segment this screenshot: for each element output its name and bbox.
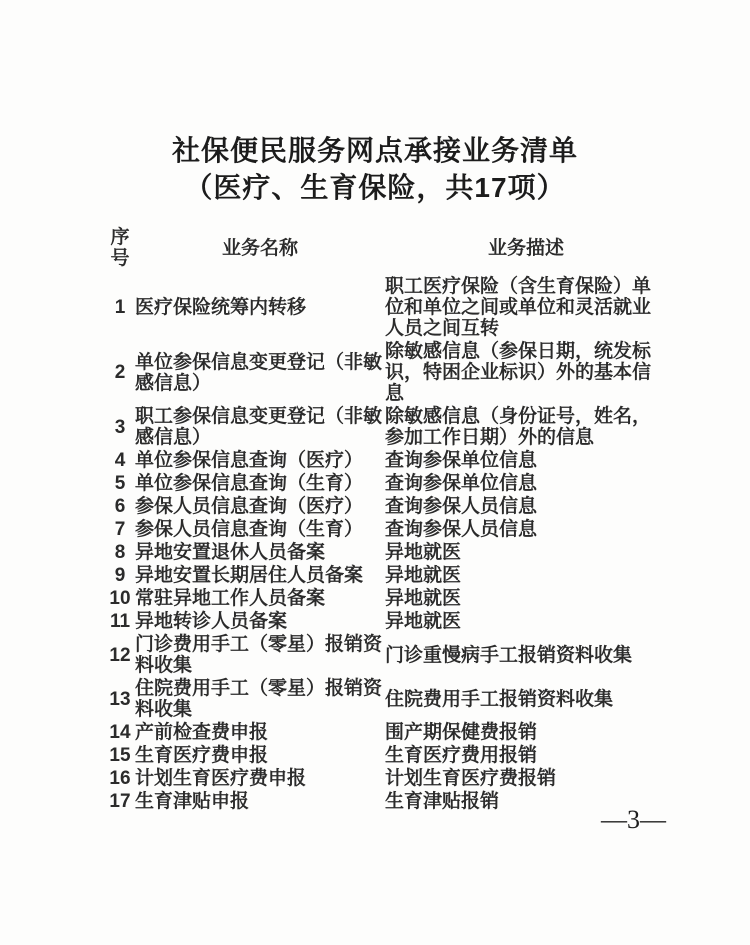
cell-desc: 查询参保单位信息 [385,472,667,495]
table-row: 10 常驻异地工作人员备案 异地就医 [105,587,667,610]
cell-desc: 除敏感信息（身份证号，姓名，参加工作日期）外的信息 [385,405,667,449]
cell-no: 1 [105,275,135,340]
cell-no: 4 [105,449,135,472]
cell-name: 异地转诊人员备案 [135,610,385,633]
table-row: 6 参保人员信息查询（医疗） 查询参保人员信息 [105,495,667,518]
table-row: 16 计划生育医疗费申报 计划生育医疗费报销 [105,767,667,790]
cell-no: 3 [105,405,135,449]
cell-no: 16 [105,767,135,790]
table-row: 11 异地转诊人员备案 异地就医 [105,610,667,633]
cell-desc: 异地就医 [385,610,667,633]
document-page: 社保便民服务网点承接业务清单 （医疗、生育保险，共17项） 序号 业务名称 业务… [0,0,750,945]
cell-no: 10 [105,587,135,610]
cell-no: 9 [105,564,135,587]
header-no: 序号 [105,227,135,275]
cell-name: 计划生育医疗费申报 [135,767,385,790]
table-header-row: 序号 业务名称 业务描述 [105,227,667,275]
table-row: 15 生育医疗费申报 生育医疗费用报销 [105,744,667,767]
cell-no: 15 [105,744,135,767]
table-row: 8 异地安置退休人员备案 异地就医 [105,541,667,564]
cell-no: 2 [105,340,135,405]
cell-no: 7 [105,518,135,541]
cell-name: 常驻异地工作人员备案 [135,587,385,610]
title-line-1: 社保便民服务网点承接业务清单 [0,133,750,169]
table-row: 3 职工参保信息变更登记（非敏感信息） 除敏感信息（身份证号，姓名，参加工作日期… [105,405,667,449]
cell-no: 14 [105,721,135,744]
table-row: 2 单位参保信息变更登记（非敏感信息） 除敏感信息（参保日期，统发标识，特困企业… [105,340,667,405]
cell-desc: 异地就医 [385,564,667,587]
cell-name: 单位参保信息查询（生育） [135,472,385,495]
table-row: 9 异地安置长期居住人员备案 异地就医 [105,564,667,587]
header-name: 业务名称 [135,227,385,275]
cell-desc: 围产期保健费报销 [385,721,667,744]
cell-no: 6 [105,495,135,518]
table-row: 1 医疗保险统筹内转移 职工医疗保险（含生育保险）单位和单位之间或单位和灵活就业… [105,275,667,340]
cell-desc: 职工医疗保险（含生育保险）单位和单位之间或单位和灵活就业人员之间互转 [385,275,667,340]
cell-name: 异地安置退休人员备案 [135,541,385,564]
cell-name: 门诊费用手工（零星）报销资料收集 [135,633,385,677]
cell-desc: 查询参保人员信息 [385,495,667,518]
cell-no: 12 [105,633,135,677]
cell-name: 参保人员信息查询（生育） [135,518,385,541]
cell-no: 5 [105,472,135,495]
cell-name: 职工参保信息变更登记（非敏感信息） [135,405,385,449]
cell-no: 11 [105,610,135,633]
cell-desc: 查询参保单位信息 [385,449,667,472]
cell-desc: 查询参保人员信息 [385,518,667,541]
cell-desc: 住院费用手工报销资料收集 [385,677,667,721]
cell-desc: 门诊重慢病手工报销资料收集 [385,633,667,677]
services-table: 序号 业务名称 业务描述 1 医疗保险统筹内转移 职工医疗保险（含生育保险）单位… [105,227,667,813]
cell-name: 产前检查费申报 [135,721,385,744]
cell-desc: 计划生育医疗费报销 [385,767,667,790]
cell-no: 8 [105,541,135,564]
cell-name: 单位参保信息查询（医疗） [135,449,385,472]
table-row: 13 住院费用手工（零星）报销资料收集 住院费用手工报销资料收集 [105,677,667,721]
table-row: 14 产前检查费申报 围产期保健费报销 [105,721,667,744]
table-row: 5 单位参保信息查询（生育） 查询参保单位信息 [105,472,667,495]
cell-no: 17 [105,790,135,813]
table-row: 7 参保人员信息查询（生育） 查询参保人员信息 [105,518,667,541]
title-line-2: （医疗、生育保险，共17项） [0,169,750,207]
table-row: 17 生育津贴申报 生育津贴报销 [105,790,667,813]
cell-desc: 生育医疗费用报销 [385,744,667,767]
page-number: —3— [601,805,666,835]
cell-name: 生育津贴申报 [135,790,385,813]
cell-name: 住院费用手工（零星）报销资料收集 [135,677,385,721]
cell-name: 单位参保信息变更登记（非敏感信息） [135,340,385,405]
cell-desc: 异地就医 [385,541,667,564]
document-title: 社保便民服务网点承接业务清单 （医疗、生育保险，共17项） [0,0,750,207]
table-row: 12 门诊费用手工（零星）报销资料收集 门诊重慢病手工报销资料收集 [105,633,667,677]
cell-desc: 异地就医 [385,587,667,610]
cell-name: 生育医疗费申报 [135,744,385,767]
header-desc: 业务描述 [385,227,667,275]
cell-name: 医疗保险统筹内转移 [135,275,385,340]
cell-no: 13 [105,677,135,721]
cell-name: 异地安置长期居住人员备案 [135,564,385,587]
table-row: 4 单位参保信息查询（医疗） 查询参保单位信息 [105,449,667,472]
cell-name: 参保人员信息查询（医疗） [135,495,385,518]
cell-desc: 除敏感信息（参保日期，统发标识，特困企业标识）外的基本信息 [385,340,667,405]
